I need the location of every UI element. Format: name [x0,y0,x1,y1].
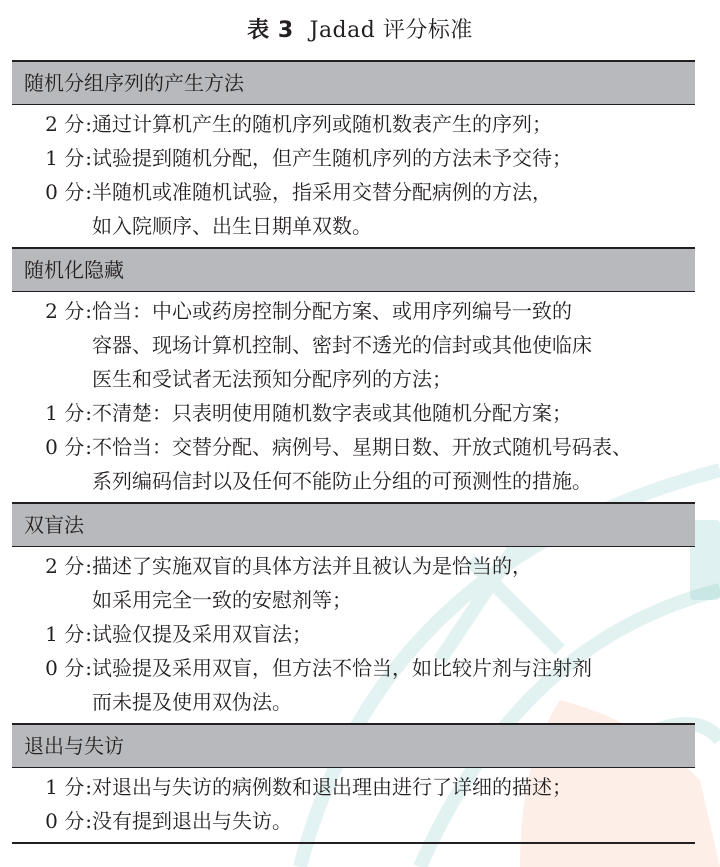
criterion-description: 不恰当：交替分配、病例号、星期日数、开放式随机号码表、 系列编码信封以及任何不能… [92,430,695,498]
table-title-text: Jadad 评分标准 [310,18,473,43]
score-label: 1 分: [12,770,92,804]
section-body-allocation-concealment: 2 分: 恰当：中心或药房控制分配方案、或用序列编号一致的 容器、现场计算机控制… [12,292,695,502]
criterion-description: 通过计算机产生的随机序列或随机数表产生的序列； [92,107,695,141]
score-label: 0 分: [12,804,92,838]
section-body-withdrawals-dropouts: 1 分: 对退出与失访的病例数和退出理由进行了详细的描述； 0 分: 没有提到退… [12,768,695,842]
criterion-row: 1 分: 试验仅提及采用双盲法； [12,617,695,651]
criterion-description: 试验提及采用双盲，但方法不恰当，如比较片剂与注射剂 而未提及使用双伪法。 [92,651,695,719]
criterion-description: 描述了实施双盲的具体方法并且被认为是恰当的， 如采用完全一致的安慰剂等； [92,549,695,617]
score-label: 2 分: [12,549,92,617]
table-title: 表 3Jadad 评分标准 [0,16,720,46]
criterion-description: 恰当：中心或药房控制分配方案、或用序列编号一致的 容器、现场计算机控制、密封不透… [92,294,695,396]
criterion-description: 对退出与失访的病例数和退出理由进行了详细的描述； [92,770,695,804]
section-header-randomization-sequence: 随机分组序列的产生方法 [12,60,695,105]
score-label: 1 分: [12,396,92,430]
section-header-allocation-concealment: 随机化隐藏 [12,247,695,292]
criterion-description: 半随机或准随机试验，指采用交替分配病例的方法， 如入院顺序、出生日期单双数。 [92,175,695,243]
criterion-row: 0 分: 半随机或准随机试验，指采用交替分配病例的方法， 如入院顺序、出生日期单… [12,175,695,243]
criterion-row: 1 分: 不清楚：只表明使用随机数字表或其他随机分配方案； [12,396,695,430]
score-label: 2 分: [12,107,92,141]
table-number: 表 3 [247,18,293,43]
score-label: 0 分: [12,430,92,498]
criterion-row: 1 分: 试验提到随机分配，但产生随机序列的方法未予交待； [12,141,695,175]
criterion-row: 2 分: 通过计算机产生的随机序列或随机数表产生的序列； [12,107,695,141]
score-label: 1 分: [12,617,92,651]
document-page: 表 3Jadad 评分标准 随机分组序列的产生方法 2 分: 通过计算机产生的随… [0,0,720,867]
section-body-randomization-sequence: 2 分: 通过计算机产生的随机序列或随机数表产生的序列； 1 分: 试验提到随机… [12,105,695,247]
criterion-description: 试验提到随机分配，但产生随机序列的方法未予交待； [92,141,695,175]
criterion-row: 2 分: 恰当：中心或药房控制分配方案、或用序列编号一致的 容器、现场计算机控制… [12,294,695,396]
criterion-description: 不清楚：只表明使用随机数字表或其他随机分配方案； [92,396,695,430]
jadad-scoring-table: 随机分组序列的产生方法 2 分: 通过计算机产生的随机序列或随机数表产生的序列；… [12,60,695,844]
criterion-row: 0 分: 试验提及采用双盲，但方法不恰当，如比较片剂与注射剂 而未提及使用双伪法… [12,651,695,719]
criterion-row: 1 分: 对退出与失访的病例数和退出理由进行了详细的描述； [12,770,695,804]
score-label: 0 分: [12,175,92,243]
criterion-row: 0 分: 不恰当：交替分配、病例号、星期日数、开放式随机号码表、 系列编码信封以… [12,430,695,498]
criterion-description: 没有提到退出与失访。 [92,804,695,838]
criterion-description: 试验仅提及采用双盲法； [92,617,695,651]
criterion-row: 0 分: 没有提到退出与失访。 [12,804,695,838]
table-bottom-rule [12,842,695,844]
section-header-double-blinding: 双盲法 [12,502,695,547]
score-label: 0 分: [12,651,92,719]
score-label: 1 分: [12,141,92,175]
section-header-withdrawals-dropouts: 退出与失访 [12,723,695,768]
section-body-double-blinding: 2 分: 描述了实施双盲的具体方法并且被认为是恰当的， 如采用完全一致的安慰剂等… [12,547,695,723]
score-label: 2 分: [12,294,92,396]
criterion-row: 2 分: 描述了实施双盲的具体方法并且被认为是恰当的， 如采用完全一致的安慰剂等… [12,549,695,617]
